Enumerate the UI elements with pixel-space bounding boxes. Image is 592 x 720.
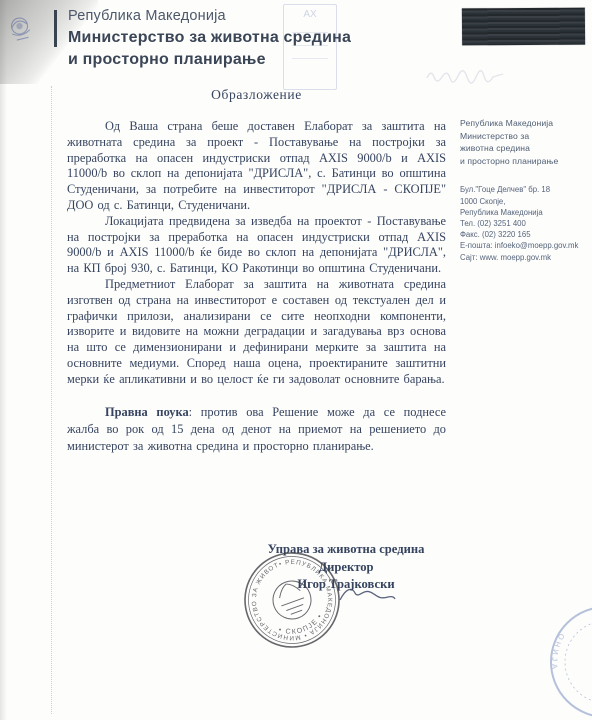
- stamp-ring-text: • РЕПУБЛИКА МАКЕДОНИЈА • МИНИСТЕРСТВО ЗА…: [214, 524, 345, 661]
- document-page: Република Македонија Министерство за жив…: [0, 0, 592, 720]
- sidebar-line: Република Македонија: [460, 117, 588, 130]
- contact-city: 1000 Скопје,: [460, 196, 588, 207]
- section-title: Образложение: [67, 87, 446, 103]
- sidebar-contact-block: Бул."Гоце Делчев" бр. 18 1000 Скопје, Ре…: [460, 184, 588, 262]
- sidebar-ministry-block: Република Македонија Министерство за жив…: [460, 117, 588, 167]
- contact-fax: Факс. (02) 3220 165: [460, 229, 588, 240]
- contact-address: Бул."Гоце Делчев" бр. 18: [460, 184, 588, 195]
- scan-edge-shadow: [0, 0, 7, 720]
- svg-text:ОНИЈА: ОНИЈА: [550, 632, 567, 672]
- faint-handwriting-mark: [424, 64, 524, 86]
- paragraph-3: Предметниот Елаборат за заштита на живот…: [67, 277, 446, 388]
- corner-stamp: ОНИЈА: [518, 606, 592, 718]
- corner-stamp-text: ОНИЈА: [550, 632, 567, 672]
- contact-website: Сајт: www. moepp.gov.mk: [460, 252, 588, 263]
- faint-box-stamp-label: АХ: [303, 9, 316, 20]
- document-body: Од Ваша страна беше доставен Елаборат за…: [67, 119, 446, 455]
- svg-text:• РЕПУБЛИКА МАКЕДОНИЈА • МИНИС: • РЕПУБЛИКА МАКЕДОНИЈА • МИНИСТЕРСТВО ЗА…: [214, 524, 345, 661]
- header-accent-bar: [54, 10, 57, 47]
- sidebar: Република Македонија Министерство за жив…: [460, 117, 588, 263]
- paragraph-2: Локацијата предвидена за изведба на прое…: [67, 214, 446, 277]
- legal-paragraph: Правна поука: против ова Решение може да…: [67, 404, 446, 455]
- contact-phone: Тел. (02) 3251 400: [460, 218, 588, 229]
- sidebar-line: Министерство за: [460, 130, 588, 143]
- header-country: Република Македонија: [68, 8, 428, 24]
- redaction-block: [462, 8, 585, 46]
- paragraph-1: Од Ваша страна беше доставен Елаборат за…: [67, 119, 446, 214]
- faint-box-stamp: АХ: [283, 4, 337, 90]
- sidebar-line: животна средина: [460, 142, 588, 155]
- sidebar-line: и просторно планирање: [460, 155, 588, 168]
- contact-email: Е-пошта: infoeko@moepp.gov.mk: [460, 240, 588, 251]
- contact-country: Република Македонија: [460, 207, 588, 218]
- left-margin-dotted-line: [51, 86, 52, 714]
- legal-label: Правна поука: [105, 405, 189, 419]
- header-ministry: Министерство за животна средина: [68, 27, 428, 49]
- ministry-header: Република Македонија Министерство за жив…: [68, 8, 428, 71]
- header-ministry-2: и просторно планирање: [68, 49, 428, 71]
